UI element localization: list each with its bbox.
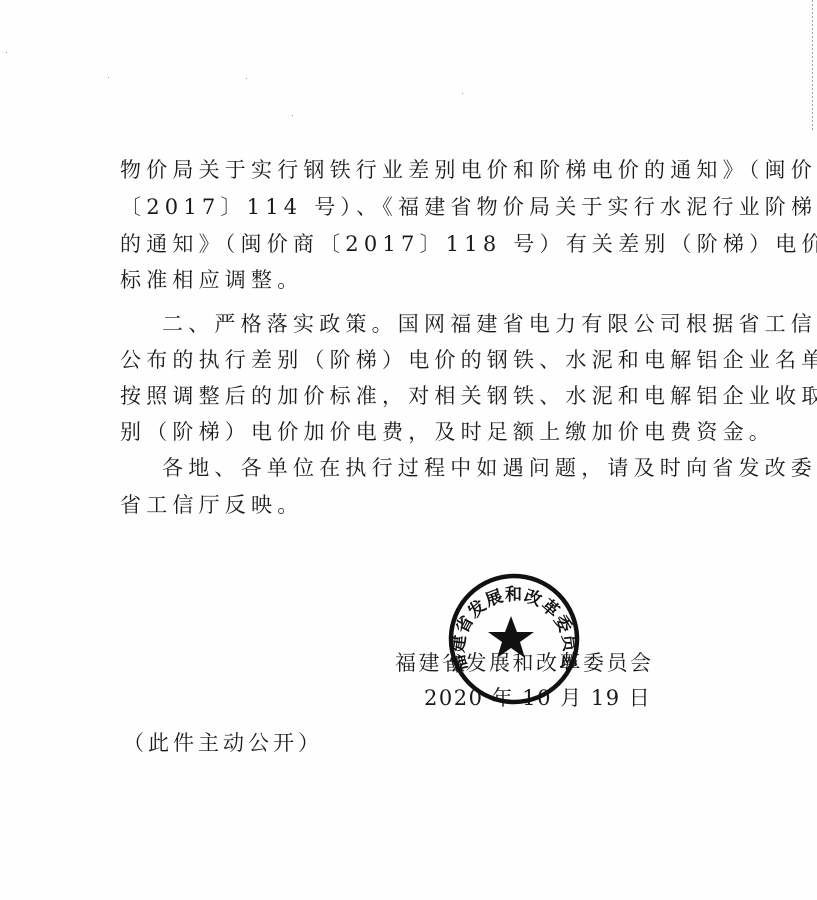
paragraph-line: 的通知》（闽价商〔2017〕118 号）有关差别（阶梯）电价加价 [120,232,700,256]
paragraph-line: 〔2017〕114 号）、《福建省物价局关于实行水泥行业阶梯电价 [120,195,700,219]
scan-speck [292,115,293,116]
document-page: 物价局关于实行钢铁行业差别电价和阶梯电价的通知》（闽价商 〔2017〕114 号… [0,0,817,900]
scan-edge-line [812,0,813,130]
paragraph-line: 标准相应调整。 [120,268,700,292]
section-two-line: 公布的执行差别（阶梯）电价的钢铁、水泥和电解铝企业名单， [120,348,700,372]
star-icon [488,616,534,658]
paragraph-line: 物价局关于实行钢铁行业差别电价和阶梯电价的通知》（闽价商 [120,158,700,182]
section-two-heading-line: 二、严格落实政策。国网福建省电力有限公司根据省工信厅 [162,312,702,336]
closing-line: 各地、各单位在执行过程中如遇问题，请及时向省发改委、 [162,456,702,480]
section-two-line: 别（阶梯）电价加价电费，及时足额上缴加价电费资金。 [120,420,700,444]
scan-speck [6,52,7,53]
scan-speck [108,77,109,78]
section-two-line: 按照调整后的加价标准，对相关钢铁、水泥和电解铝企业收取差 [120,384,700,408]
disclosure-note: （此件主动公开） [123,731,323,755]
scan-speck [246,78,247,79]
official-seal: 福建省发展和改革委员会 [447,572,581,706]
scan-speck [462,93,463,94]
closing-line: 省工信厅反映。 [120,493,700,517]
